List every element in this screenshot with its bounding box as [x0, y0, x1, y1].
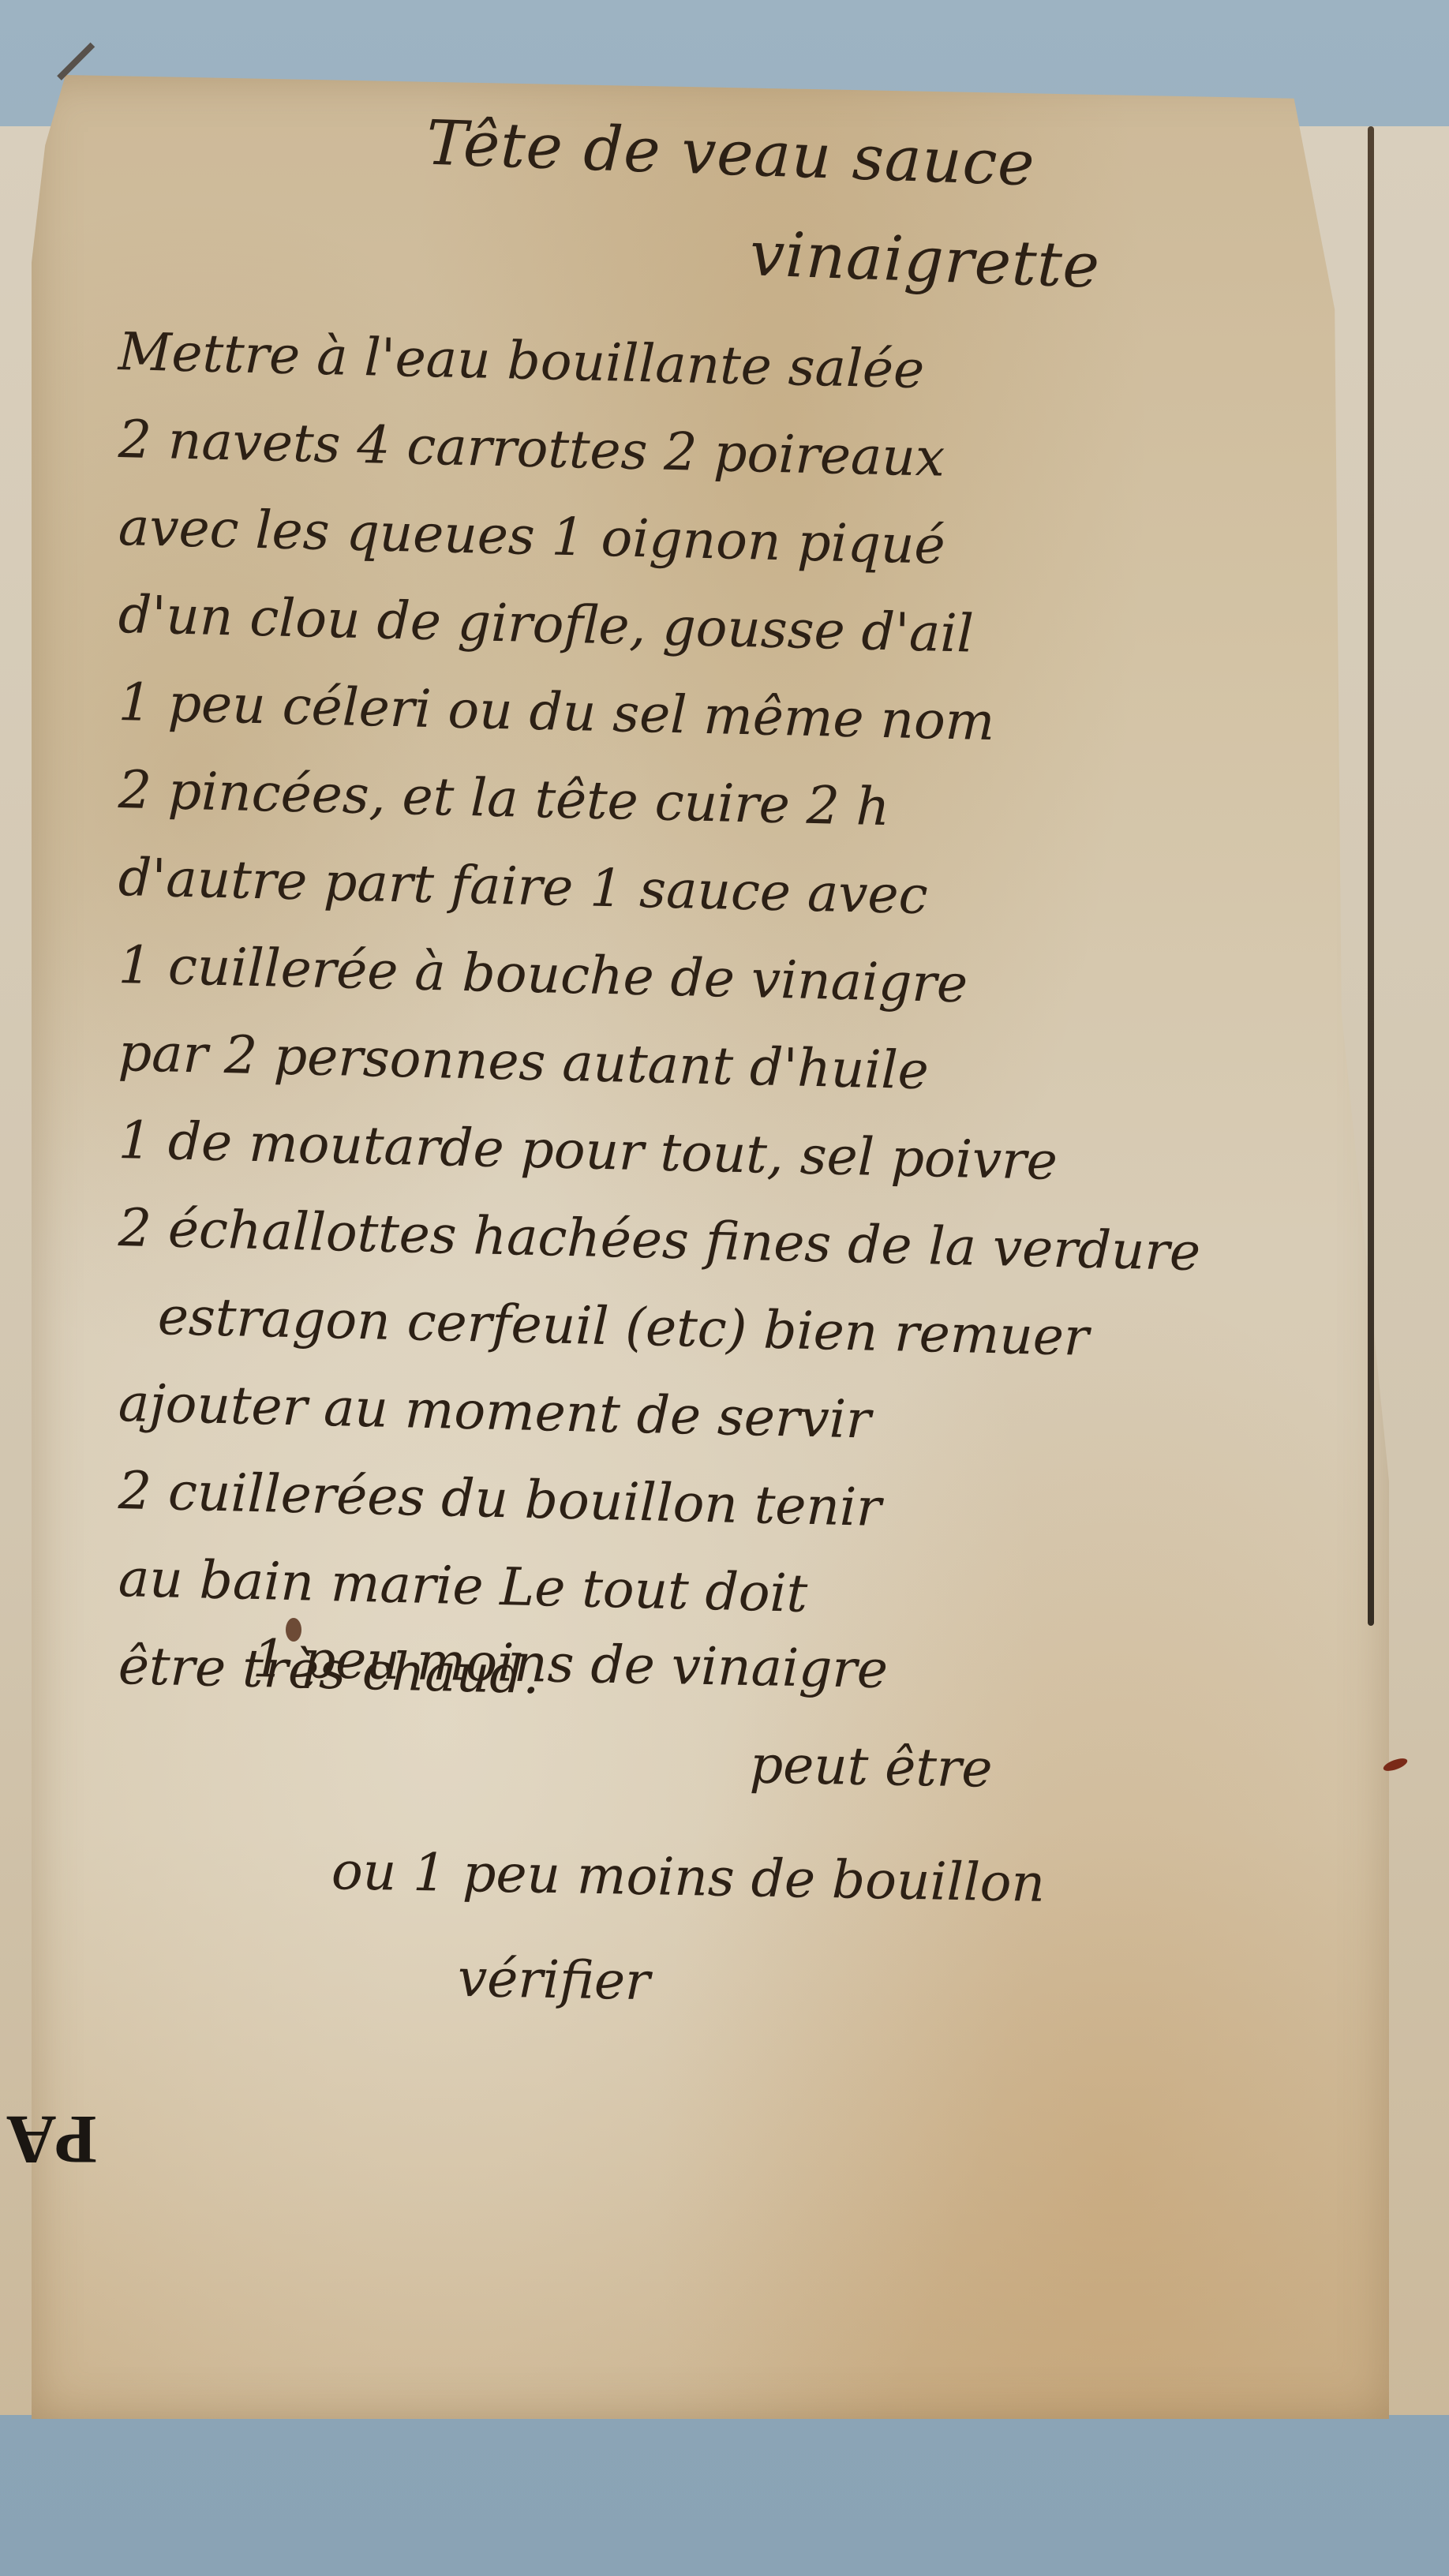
- note-line: 1 peu moins de vinaigre: [252, 1628, 888, 1700]
- note-line: peut être: [749, 1734, 993, 1799]
- recipe-body: Mettre à l'eau bouillante salée 2 navets…: [118, 308, 1381, 1709]
- note-line: vérifier: [457, 1948, 650, 2012]
- upside-down-printed-text: PA: [3, 2099, 97, 2179]
- ink-stain: [286, 1618, 301, 1642]
- recipe-title-line-2: vinaigrette: [749, 219, 1102, 301]
- note-line: ou 1 peu moins de bouillon: [331, 1840, 1045, 1914]
